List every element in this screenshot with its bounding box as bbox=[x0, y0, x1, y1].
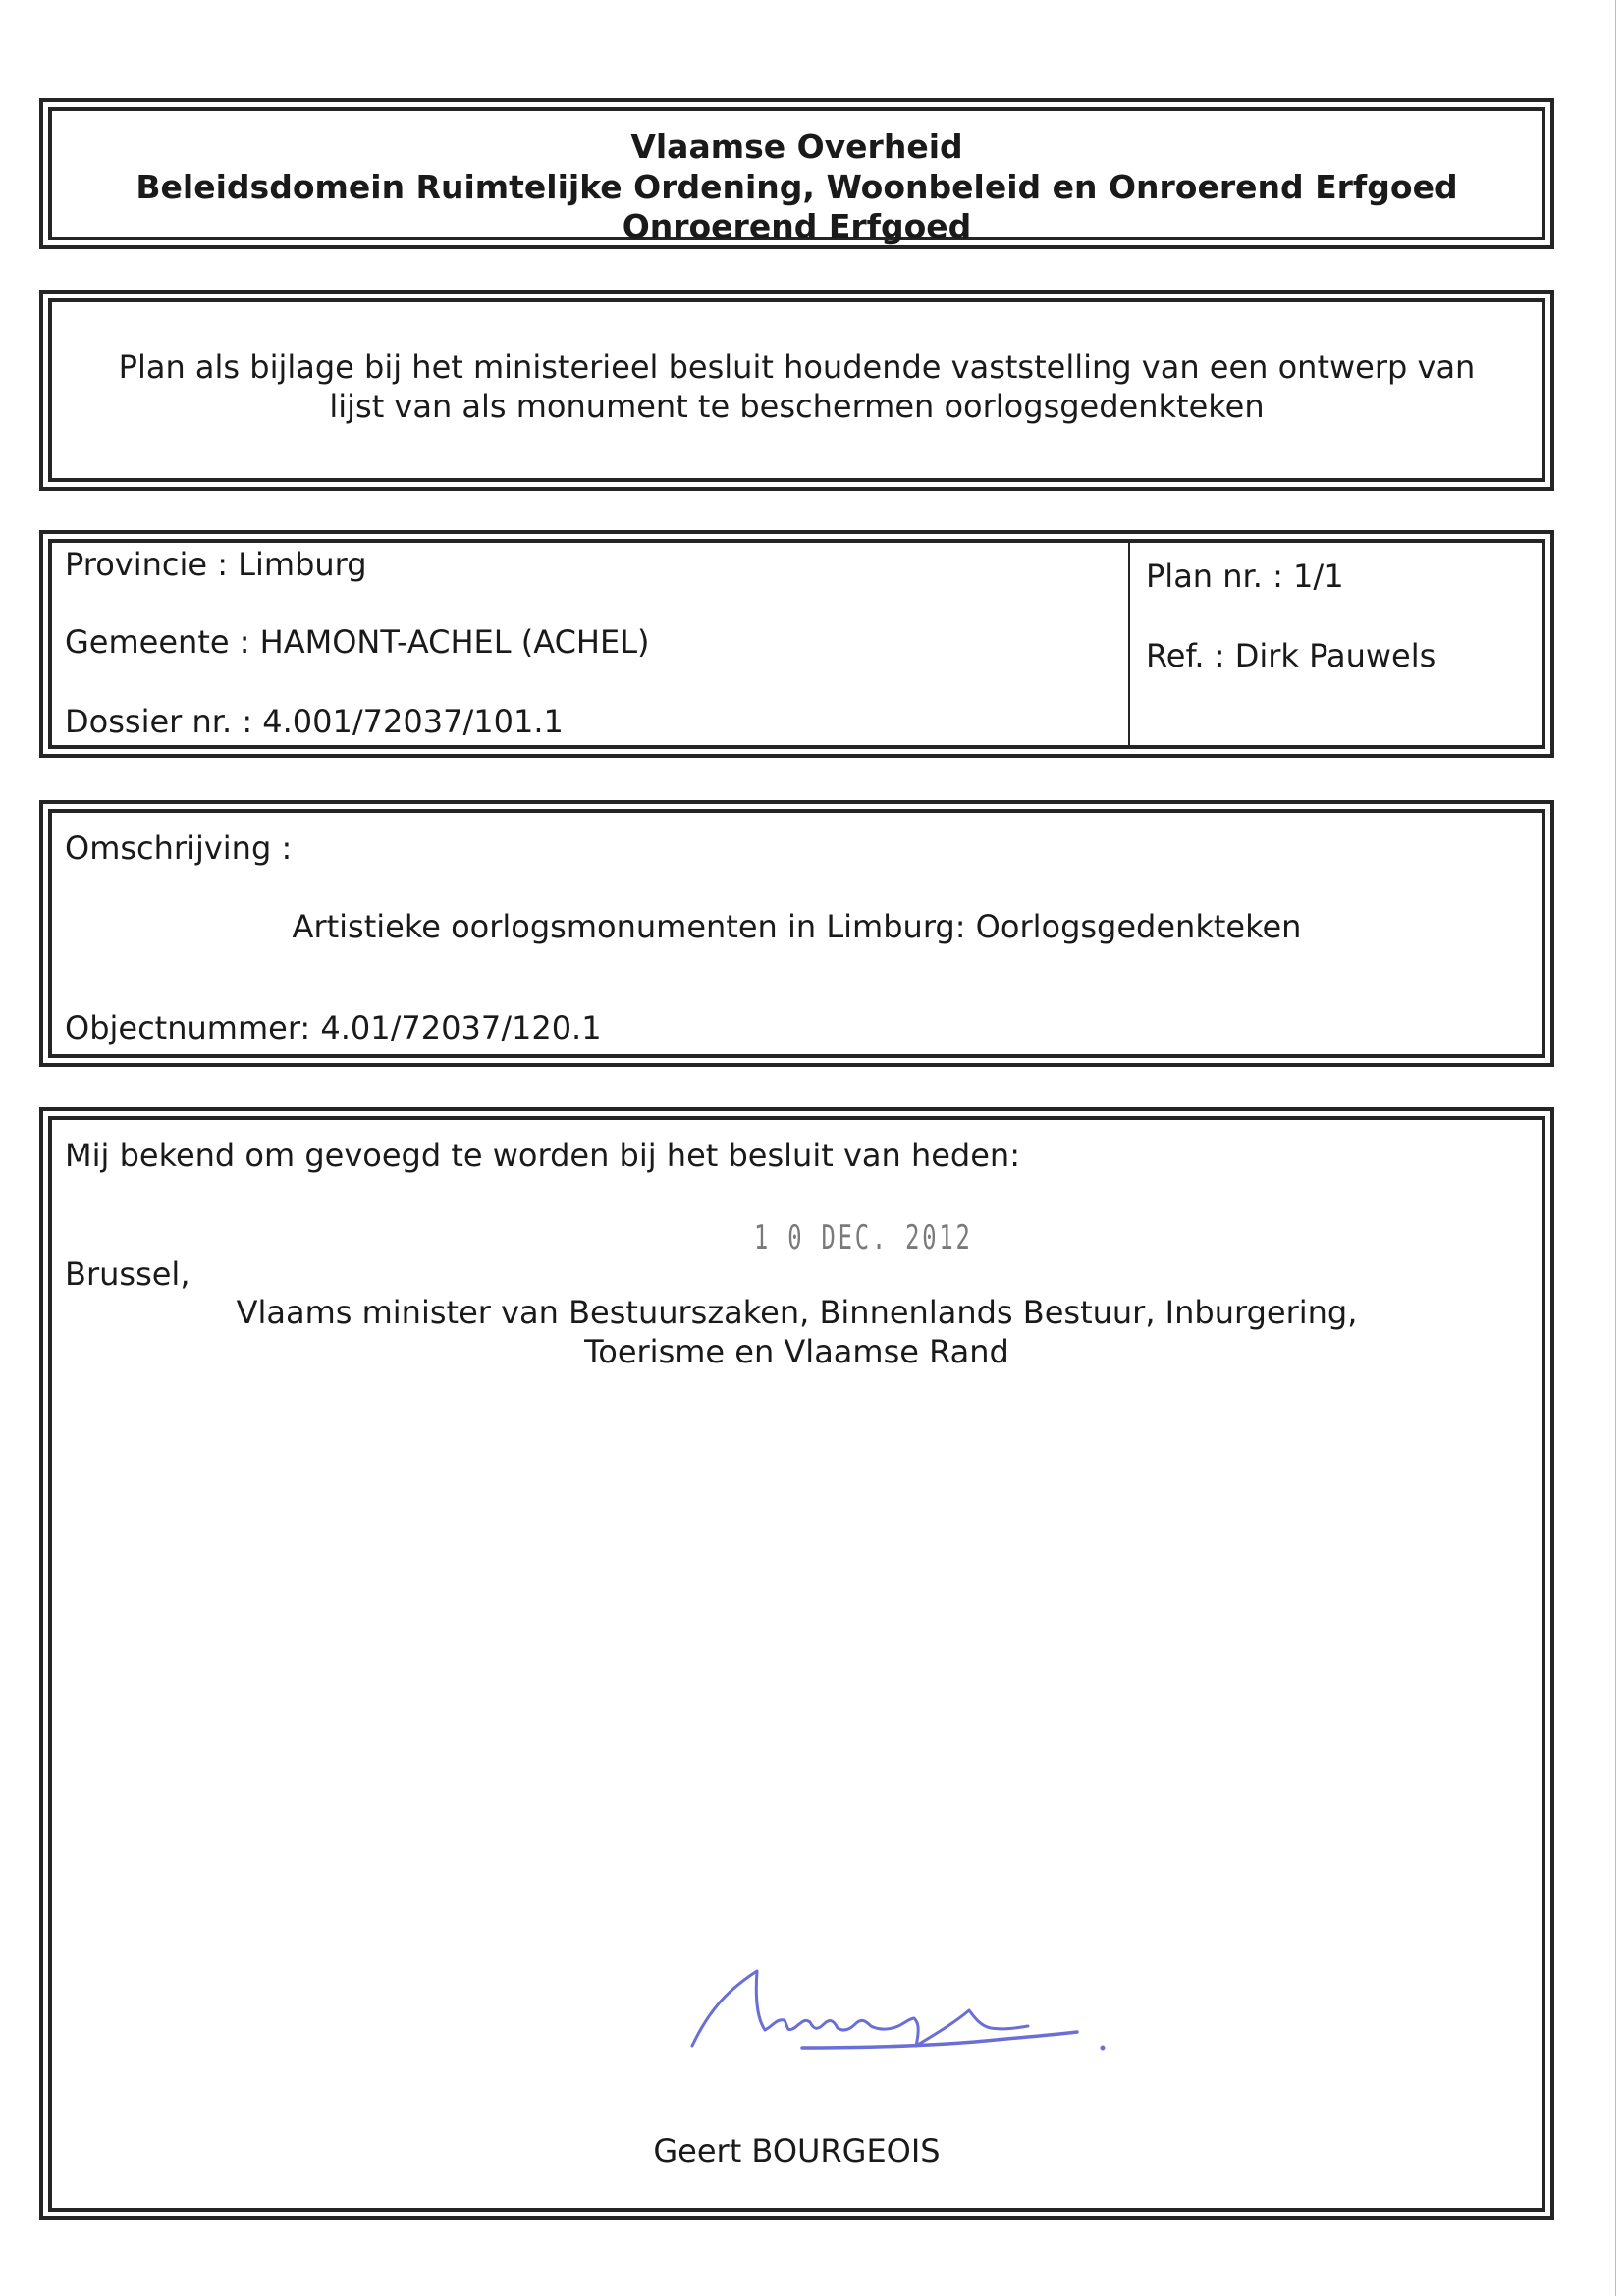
plan-title-line2: lijst van als monument te beschermen oor… bbox=[52, 387, 1542, 426]
signature-icon bbox=[671, 1949, 1122, 2087]
description-label: Omschrijving : bbox=[65, 828, 292, 868]
header-agency: Onroerend Erfgoed bbox=[52, 207, 1542, 246]
date-stamp: 1 0 DEC. 2012 bbox=[754, 1218, 973, 1257]
object-number: Objectnummer: 4.01/72037/120.1 bbox=[65, 1008, 602, 1047]
info-divider bbox=[1128, 543, 1130, 745]
plan-title-line1: Plan als bijlage bij het ministerieel be… bbox=[52, 347, 1542, 387]
approval-box: Mij bekend om gevoegd te worden bij het … bbox=[39, 1107, 1554, 2220]
plan-title-box: Plan als bijlage bij het ministerieel be… bbox=[39, 290, 1554, 491]
minister-title-line2: Toerisme en Vlaamse Rand bbox=[52, 1332, 1542, 1371]
description-box: Omschrijving : Artistieke oorlogsmonumen… bbox=[39, 800, 1554, 1067]
plan-number: Plan nr. : 1/1 bbox=[1146, 557, 1344, 596]
dossier-number: Dossier nr. : 4.001/72037/101.1 bbox=[65, 702, 564, 741]
description-text: Artistieke oorlogsmonumenten in Limburg:… bbox=[52, 907, 1542, 946]
scan-edge-line bbox=[1615, 0, 1616, 2296]
gemeente: Gemeente : HAMONT-ACHEL (ACHEL) bbox=[65, 622, 650, 662]
minister-title-line1: Vlaams minister van Bestuurszaken, Binne… bbox=[52, 1293, 1542, 1332]
reference: Ref. : Dirk Pauwels bbox=[1146, 636, 1435, 675]
place: Brussel, bbox=[65, 1255, 189, 1294]
header-box: Vlaamse Overheid Beleidsdomein Ruimtelij… bbox=[39, 98, 1554, 249]
signatory-name: Geert BOURGEOIS bbox=[52, 2131, 1542, 2170]
header-authority: Vlaamse Overheid bbox=[52, 128, 1542, 167]
approval-intro: Mij bekend om gevoegd te worden bij het … bbox=[65, 1136, 1020, 1175]
provincie: Provincie : Limburg bbox=[65, 545, 367, 584]
info-box: Provincie : Limburg Gemeente : HAMONT-AC… bbox=[39, 530, 1554, 758]
header-policy-domain: Beleidsdomein Ruimtelijke Ordening, Woon… bbox=[52, 168, 1542, 207]
